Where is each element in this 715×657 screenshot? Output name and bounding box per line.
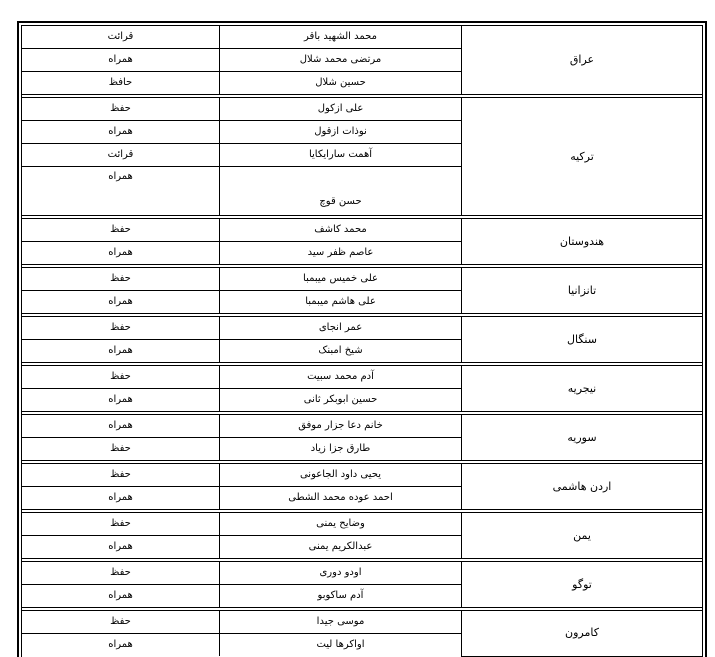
role-cell: حفظ <box>22 364 220 389</box>
name-cell: علی خمیس میبمبا <box>220 266 462 291</box>
country-cell: سوریه <box>462 413 703 462</box>
role-cell: همراه <box>22 242 220 267</box>
participants-table-frame: عراق محمد الشهید باقر قرائت مرتضی محمد ش… <box>17 21 707 657</box>
name-cell: علی هاشم میبمبا <box>220 291 462 316</box>
role-cell: حفظ <box>22 438 220 463</box>
country-cell: توگو <box>462 560 703 609</box>
name-cell: وضایح یمنی <box>220 511 462 536</box>
name-cell: مرتضی محمد شلال <box>220 49 462 72</box>
role-cell: حفظ <box>22 462 220 487</box>
role-cell: همراه <box>22 536 220 561</box>
group-turkey: ترکیه علی ازکول حفظ نوذات ازقول همراه آه… <box>22 96 702 217</box>
table-row: اردن هاشمی یحیی داود الجاعونی حفظ <box>22 462 702 487</box>
country-cell: کامرون <box>462 609 703 656</box>
role-cell: حفظ <box>22 217 220 242</box>
role-cell: همراه <box>22 585 220 610</box>
name-cell: آدم ساکوبو <box>220 585 462 610</box>
name-cell: محمد کاشف <box>220 217 462 242</box>
role-cell: همراه <box>22 121 220 144</box>
role-cell: حفظ <box>22 511 220 536</box>
table-row: یمن وضایح یمنی حفظ <box>22 511 702 536</box>
table-row: کامرون موسی جیدا حفظ <box>22 609 702 634</box>
country-cell: عراق <box>462 26 703 96</box>
table-row: عراق محمد الشهید باقر قرائت <box>22 26 702 49</box>
group-iraq: عراق محمد الشهید باقر قرائت مرتضی محمد ش… <box>22 26 702 96</box>
name-cell: موسی جیدا <box>220 609 462 634</box>
country-cell: نیجریه <box>462 364 703 413</box>
role-cell: همراه <box>22 49 220 72</box>
role-cell: حفظ <box>22 96 220 121</box>
country-cell: اردن هاشمی <box>462 462 703 511</box>
group-tanzania: تانزانیا علی خمیس میبمبا حفظ علی هاشم می… <box>22 266 702 315</box>
table-row: توگو اودو دوری حفظ <box>22 560 702 585</box>
role-cell: حفظ <box>22 266 220 291</box>
group-jordan: اردن هاشمی یحیی داود الجاعونی حفظ احمد ع… <box>22 462 702 511</box>
name-cell: عمر انجای <box>220 315 462 340</box>
name-cell: خانم دعا جزار موفق <box>220 413 462 438</box>
group-syria: سوریه خانم دعا جزار موفق همراه طارق جزا … <box>22 413 702 462</box>
role-cell: همراه <box>22 291 220 316</box>
table-row: سوریه خانم دعا جزار موفق همراه <box>22 413 702 438</box>
role-cell: همراه <box>22 340 220 365</box>
role-cell: حفظ <box>22 609 220 634</box>
role-cell: حافظ <box>22 72 220 97</box>
country-cell: سنگال <box>462 315 703 364</box>
role-cell: قرائت <box>22 144 220 167</box>
table-row: ترکیه علی ازکول حفظ <box>22 96 702 121</box>
name-cell: اواکرها لیت <box>220 634 462 657</box>
country-cell: هندوستان <box>462 217 703 266</box>
name-cell: آدم محمد سبیت <box>220 364 462 389</box>
role-cell: قرائت <box>22 26 220 49</box>
table-row: تانزانیا علی خمیس میبمبا حفظ <box>22 266 702 291</box>
name-cell: احمد عوده محمد الشطی <box>220 487 462 512</box>
role-cell: همراه <box>22 167 220 218</box>
role-cell: همراه <box>22 487 220 512</box>
group-yemen: یمن وضایح یمنی حفظ عبدالکریم یمنی همراه <box>22 511 702 560</box>
country-cell: ترکیه <box>462 96 703 217</box>
name-cell: حسین شلال <box>220 72 462 97</box>
country-cell: یمن <box>462 511 703 560</box>
participants-table: عراق محمد الشهید باقر قرائت مرتضی محمد ش… <box>22 26 702 657</box>
name-cell: محمد الشهید باقر <box>220 26 462 49</box>
group-cameroon: کامرون موسی جیدا حفظ اواکرها لیت همراه <box>22 609 702 656</box>
group-nigeria: نیجریه آدم محمد سبیت حفظ حسین ابوبکر ثان… <box>22 364 702 413</box>
name-cell: عبدالکریم یمنی <box>220 536 462 561</box>
name-cell: یحیی داود الجاعونی <box>220 462 462 487</box>
group-senegal: سنگال عمر انجای حفظ شیخ امبنک همراه <box>22 315 702 364</box>
name-cell: حسن قوچ <box>220 167 462 218</box>
name-cell: اودو دوری <box>220 560 462 585</box>
name-cell: حسین ابوبکر ثانی <box>220 389 462 414</box>
name-cell: طارق جزا زیاد <box>220 438 462 463</box>
name-cell: عاصم ظفر سید <box>220 242 462 267</box>
group-india: هندوستان محمد کاشف حفظ عاصم ظفر سید همرا… <box>22 217 702 266</box>
table-inner-border: عراق محمد الشهید باقر قرائت مرتضی محمد ش… <box>21 25 703 657</box>
group-togo: توگو اودو دوری حفظ آدم ساکوبو همراه <box>22 560 702 609</box>
table-row: سنگال عمر انجای حفظ <box>22 315 702 340</box>
role-cell: همراه <box>22 634 220 657</box>
role-cell: حفظ <box>22 315 220 340</box>
role-cell: حفظ <box>22 560 220 585</box>
table-row: نیجریه آدم محمد سبیت حفظ <box>22 364 702 389</box>
name-cell: نوذات ازقول <box>220 121 462 144</box>
name-cell: شیخ امبنک <box>220 340 462 365</box>
country-cell: تانزانیا <box>462 266 703 315</box>
role-cell: همراه <box>22 413 220 438</box>
name-cell: علی ازکول <box>220 96 462 121</box>
table-outer-border: عراق محمد الشهید باقر قرائت مرتضی محمد ش… <box>17 21 707 657</box>
role-cell: همراه <box>22 389 220 414</box>
name-cell: آهمت سارایکایا <box>220 144 462 167</box>
table-row: هندوستان محمد کاشف حفظ <box>22 217 702 242</box>
